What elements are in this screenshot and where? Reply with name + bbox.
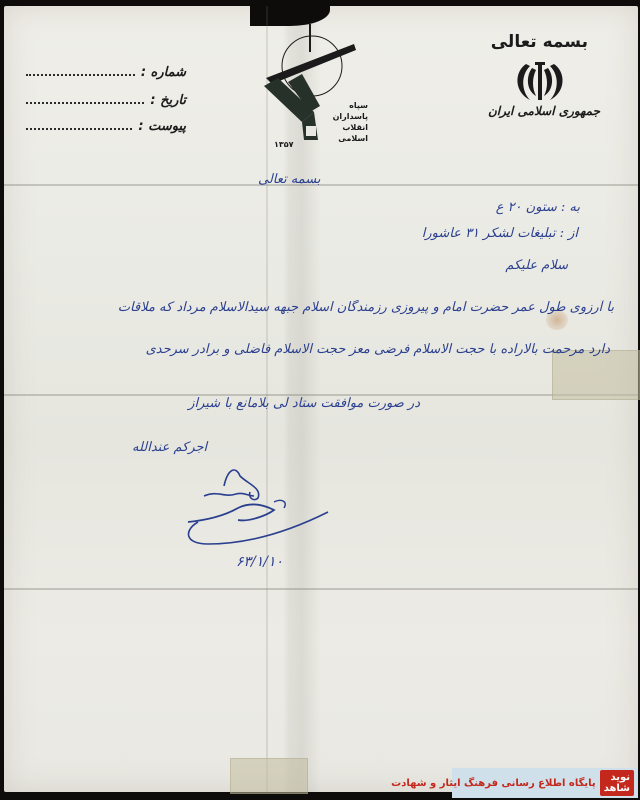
signature-date: ۶۳/۱/۱۰ — [236, 554, 283, 570]
letter-sender: از : تبلیغات لشکر ۳۱ عاشورا — [422, 226, 578, 241]
letter-recipient: به : ستون ۲۰ ع — [496, 200, 580, 215]
number-field: شماره : — [26, 62, 186, 82]
letter-greeting: سلام علیکم — [505, 258, 568, 273]
watermark-caption: پایگاه اطلاع رسانی فرهنگ ایثار و شهادت — [391, 778, 596, 789]
letterhead-invocation: بسمه تعالی — [491, 32, 588, 52]
letterhead-state-name: جمهوری اسلامی ایران — [488, 104, 600, 118]
letter-body-line: با آرزوی طول عمر حضرت امام و پیروزی رزمن… — [54, 300, 614, 315]
attachment-field: پیوست : — [26, 116, 186, 136]
irgc-name: سپاه پاسداران انقلاب اسلامی — [318, 100, 368, 144]
fold-line — [4, 184, 638, 186]
number-value — [26, 74, 135, 76]
navid-shahed-logo-icon: نوید شاهد — [600, 770, 634, 796]
handwritten-signature — [178, 462, 338, 552]
iran-emblem-icon — [512, 58, 568, 104]
site-watermark: پایگاه اطلاع رسانی فرهنگ ایثار و شهادت ن… — [452, 768, 638, 798]
number-label: شماره : — [141, 65, 186, 80]
letter-invocation: بسمه تعالی — [258, 172, 320, 187]
letter-body-line: در صورت موافقت ستاد لی بلامانع با شیراز — [188, 396, 420, 411]
fold-line — [4, 588, 638, 590]
tape-strip — [552, 350, 640, 400]
irgc-year: ۱۳۵۷ — [274, 140, 294, 149]
attachment-label: پیوست : — [138, 119, 186, 134]
date-field: تاریخ : — [26, 90, 186, 110]
letter-closing: اجرکم عندالله — [132, 440, 207, 455]
attachment-value — [26, 128, 132, 130]
tape-strip — [230, 758, 308, 794]
date-value — [26, 102, 144, 104]
date-label: تاریخ : — [150, 93, 186, 108]
letter-body-line: دارد مرحمت بالاراده با حجت الاسلام فرضی … — [50, 342, 610, 357]
